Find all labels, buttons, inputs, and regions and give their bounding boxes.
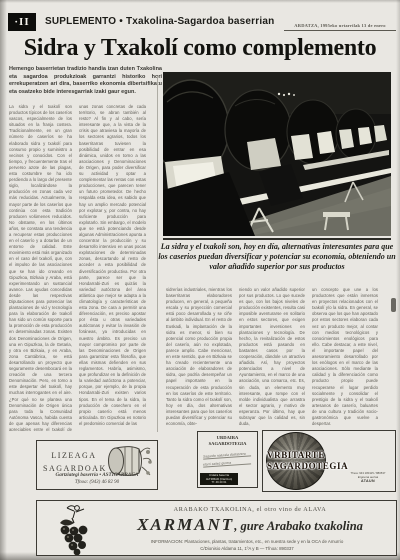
photo-caption: La sidra y el txakoli son, hoy en día, a… [157,242,397,271]
urbitarte-name-line1: VRBITARTE [267,450,353,461]
urbitarte-name-line2: SAGARDOTEGIA [267,461,353,472]
urdaira-tagline1: Sagardo naturala dastatzera [203,451,251,459]
lizeaga-address: Gartziategi baserria • ASTIGARRAGA [37,472,157,478]
section-kicker: SUPLEMENTO•Txakolina-Sagardoa baserrian [45,16,274,27]
urdaira-tagline2: etorri zaitez gurera [203,459,251,467]
urdaira-contact-line3: Tf: 49 20 61 [200,481,238,485]
urdaira-contact-box: Urdaira baserria ALTZIBAR (Oiartzun) Tf:… [200,473,238,485]
scan-edge-top [0,0,400,3]
xarmant-brand: XARMANT [137,515,234,534]
xarmant-topline: ARABAKO TXAKOLINA, el otro vino de ALAVA [107,506,393,513]
xarmant-info-line1: INFORMACION: Plantaciones, plantas, trat… [97,539,397,544]
scan-margin-artifact [391,298,396,312]
urbitarte-contact: Tfnoa: 943 180115 / 880537 Ergoena auzoa… [344,471,392,483]
supplement-label: SUPLEMENTO [45,16,116,27]
body-column-5: un concepto que une a los productores qu… [312,287,378,432]
xarmant-brand-suffix: , gure Arabako txakolina [234,519,363,533]
xarmant-info-line2: C/Dionisio Aldama 11, 1ºA y B — Tfnoa: 8… [97,546,397,551]
xarmant-brand-line: XARMANT, gure Arabako txakolina [107,515,393,535]
page-number-box: ·II [8,13,36,31]
urbitarte-name: VRBITARTE SAGARDOTEGIA [267,450,353,473]
page-number: ·II [14,16,29,28]
body-column-3: sidrerías industriales, mientras los bas… [166,287,232,432]
headline: Sidra y Txakolí como complemento [0,35,400,62]
urbitarte-town: ATAUN [344,479,392,483]
ad-lizeaga: LIZEAGA SAGARDOAK Gartziategi baserria •… [36,440,158,490]
grapes-icon [43,503,101,560]
bullet-separator: • [116,16,126,27]
section-title: Txakolina-Sagardoa baserrian [126,16,274,27]
ad-urbitarte: VRBITARTE SAGARDOTEGIA Tfnoa: 943 180115… [262,430,396,492]
caption-rule [163,238,391,240]
ad-urdaira: URDAIRA SAGARDOTEGIA Sagardo naturala da… [197,431,258,488]
scan-edge-right [396,0,400,560]
urdaira-name: URDAIRA SAGARDOTEGIA [198,435,257,447]
scan-edge-left [0,0,7,560]
cider-cellar-photo [163,72,391,236]
cider-barrels-illustration [163,72,391,236]
newspaper-page: ·II SUPLEMENTO•Txakolina-Sagardoa baserr… [0,0,400,560]
body-column-4: niendo un valor añadido superior por sus… [239,287,305,432]
body-column-1: La sidra y el txakolí son productos típi… [9,104,72,431]
lizeaga-phone: Tfnoa: (943) 46 82 90 [37,480,157,485]
dateline: ARDATZA, 1995eko urtarrilak 13 de enero [284,23,396,31]
ad-xarmant: ARABAKO TXAKOLINA, el otro vino de ALAVA… [36,500,397,556]
lead-paragraph: Hemengo baserrietan tradizio handia izan… [9,66,162,97]
urdaira-name-line2: SAGARDOTEGIA [198,441,257,447]
lizeaga-name-line1: LIZEAGA [43,450,105,463]
body-column-2: unas zonas concretas de cada territorio,… [79,104,146,431]
